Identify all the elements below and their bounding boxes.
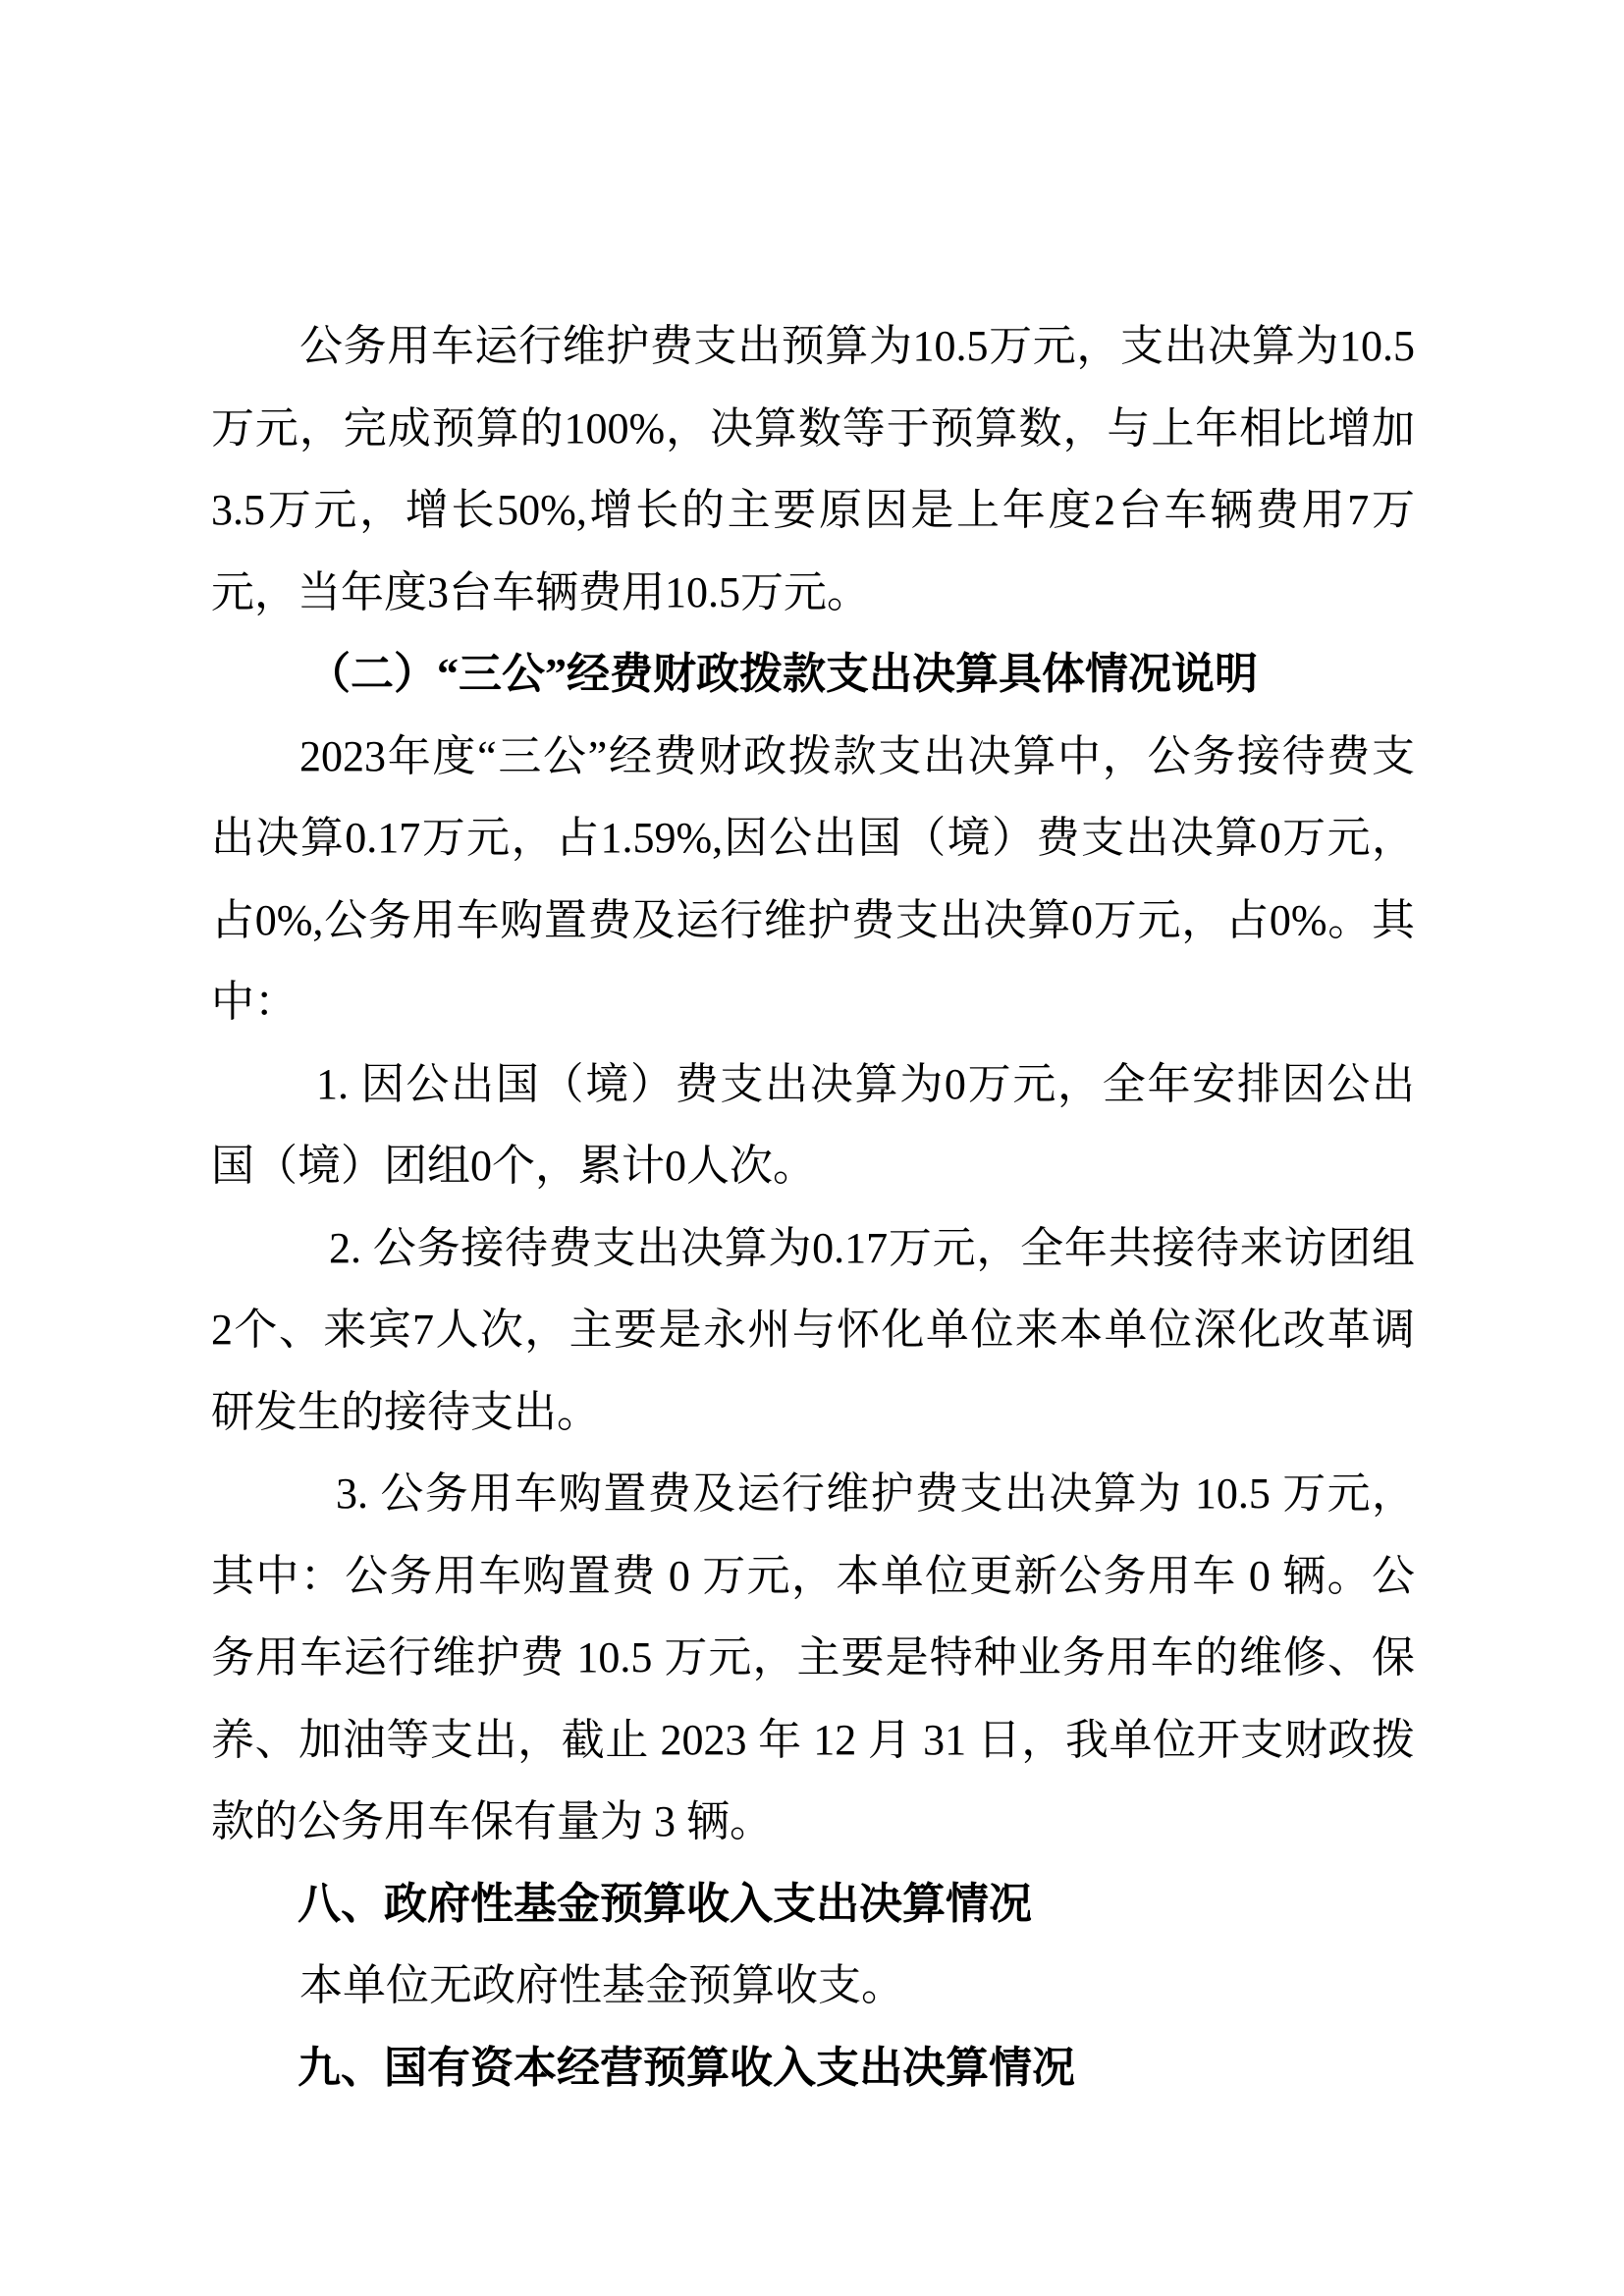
para-reception-expense: 2. 公务接待费支出决算为0.17万元，全年共接待来访团组2个、来宾7人次，主要… — [211, 1207, 1415, 1454]
document-text-block: 公务用车运行维护费支出预算为10.5万元，支出决算为10.5万元，完成预算的10… — [211, 305, 1415, 2109]
document-page: 公务用车运行维护费支出预算为10.5万元，支出决算为10.5万元，完成预算的10… — [0, 0, 1624, 2296]
para-no-gov-fund: 本单位无政府性基金预算收支。 — [211, 1945, 1415, 2027]
heading-state-capital-budget: 九、国有资本经营预算收入支出决算情况 — [211, 2027, 1415, 2109]
heading-sangong-detail: （二）“三公”经费财政拨款支出决算具体情况说明 — [211, 633, 1415, 716]
para-abroad-expense: 1. 因公出国（境）费支出决算为0万元，全年安排因公出国（境）团组0个，累计0人… — [211, 1043, 1415, 1207]
heading-gov-fund-budget: 八、政府性基金预算收入支出决算情况 — [211, 1863, 1415, 1946]
para-vehicle-operation-budget: 公务用车运行维护费支出预算为10.5万元，支出决算为10.5万元，完成预算的10… — [211, 305, 1415, 633]
para-sangong-overview: 2023年度“三公”经费财政拨款支出决算中，公务接待费支出决算0.17万元，占1… — [211, 716, 1415, 1043]
para-vehicle-expense: 3. 公务用车购置费及运行维护费支出决算为 10.5 万元，其中：公务用车购置费… — [211, 1453, 1415, 1863]
